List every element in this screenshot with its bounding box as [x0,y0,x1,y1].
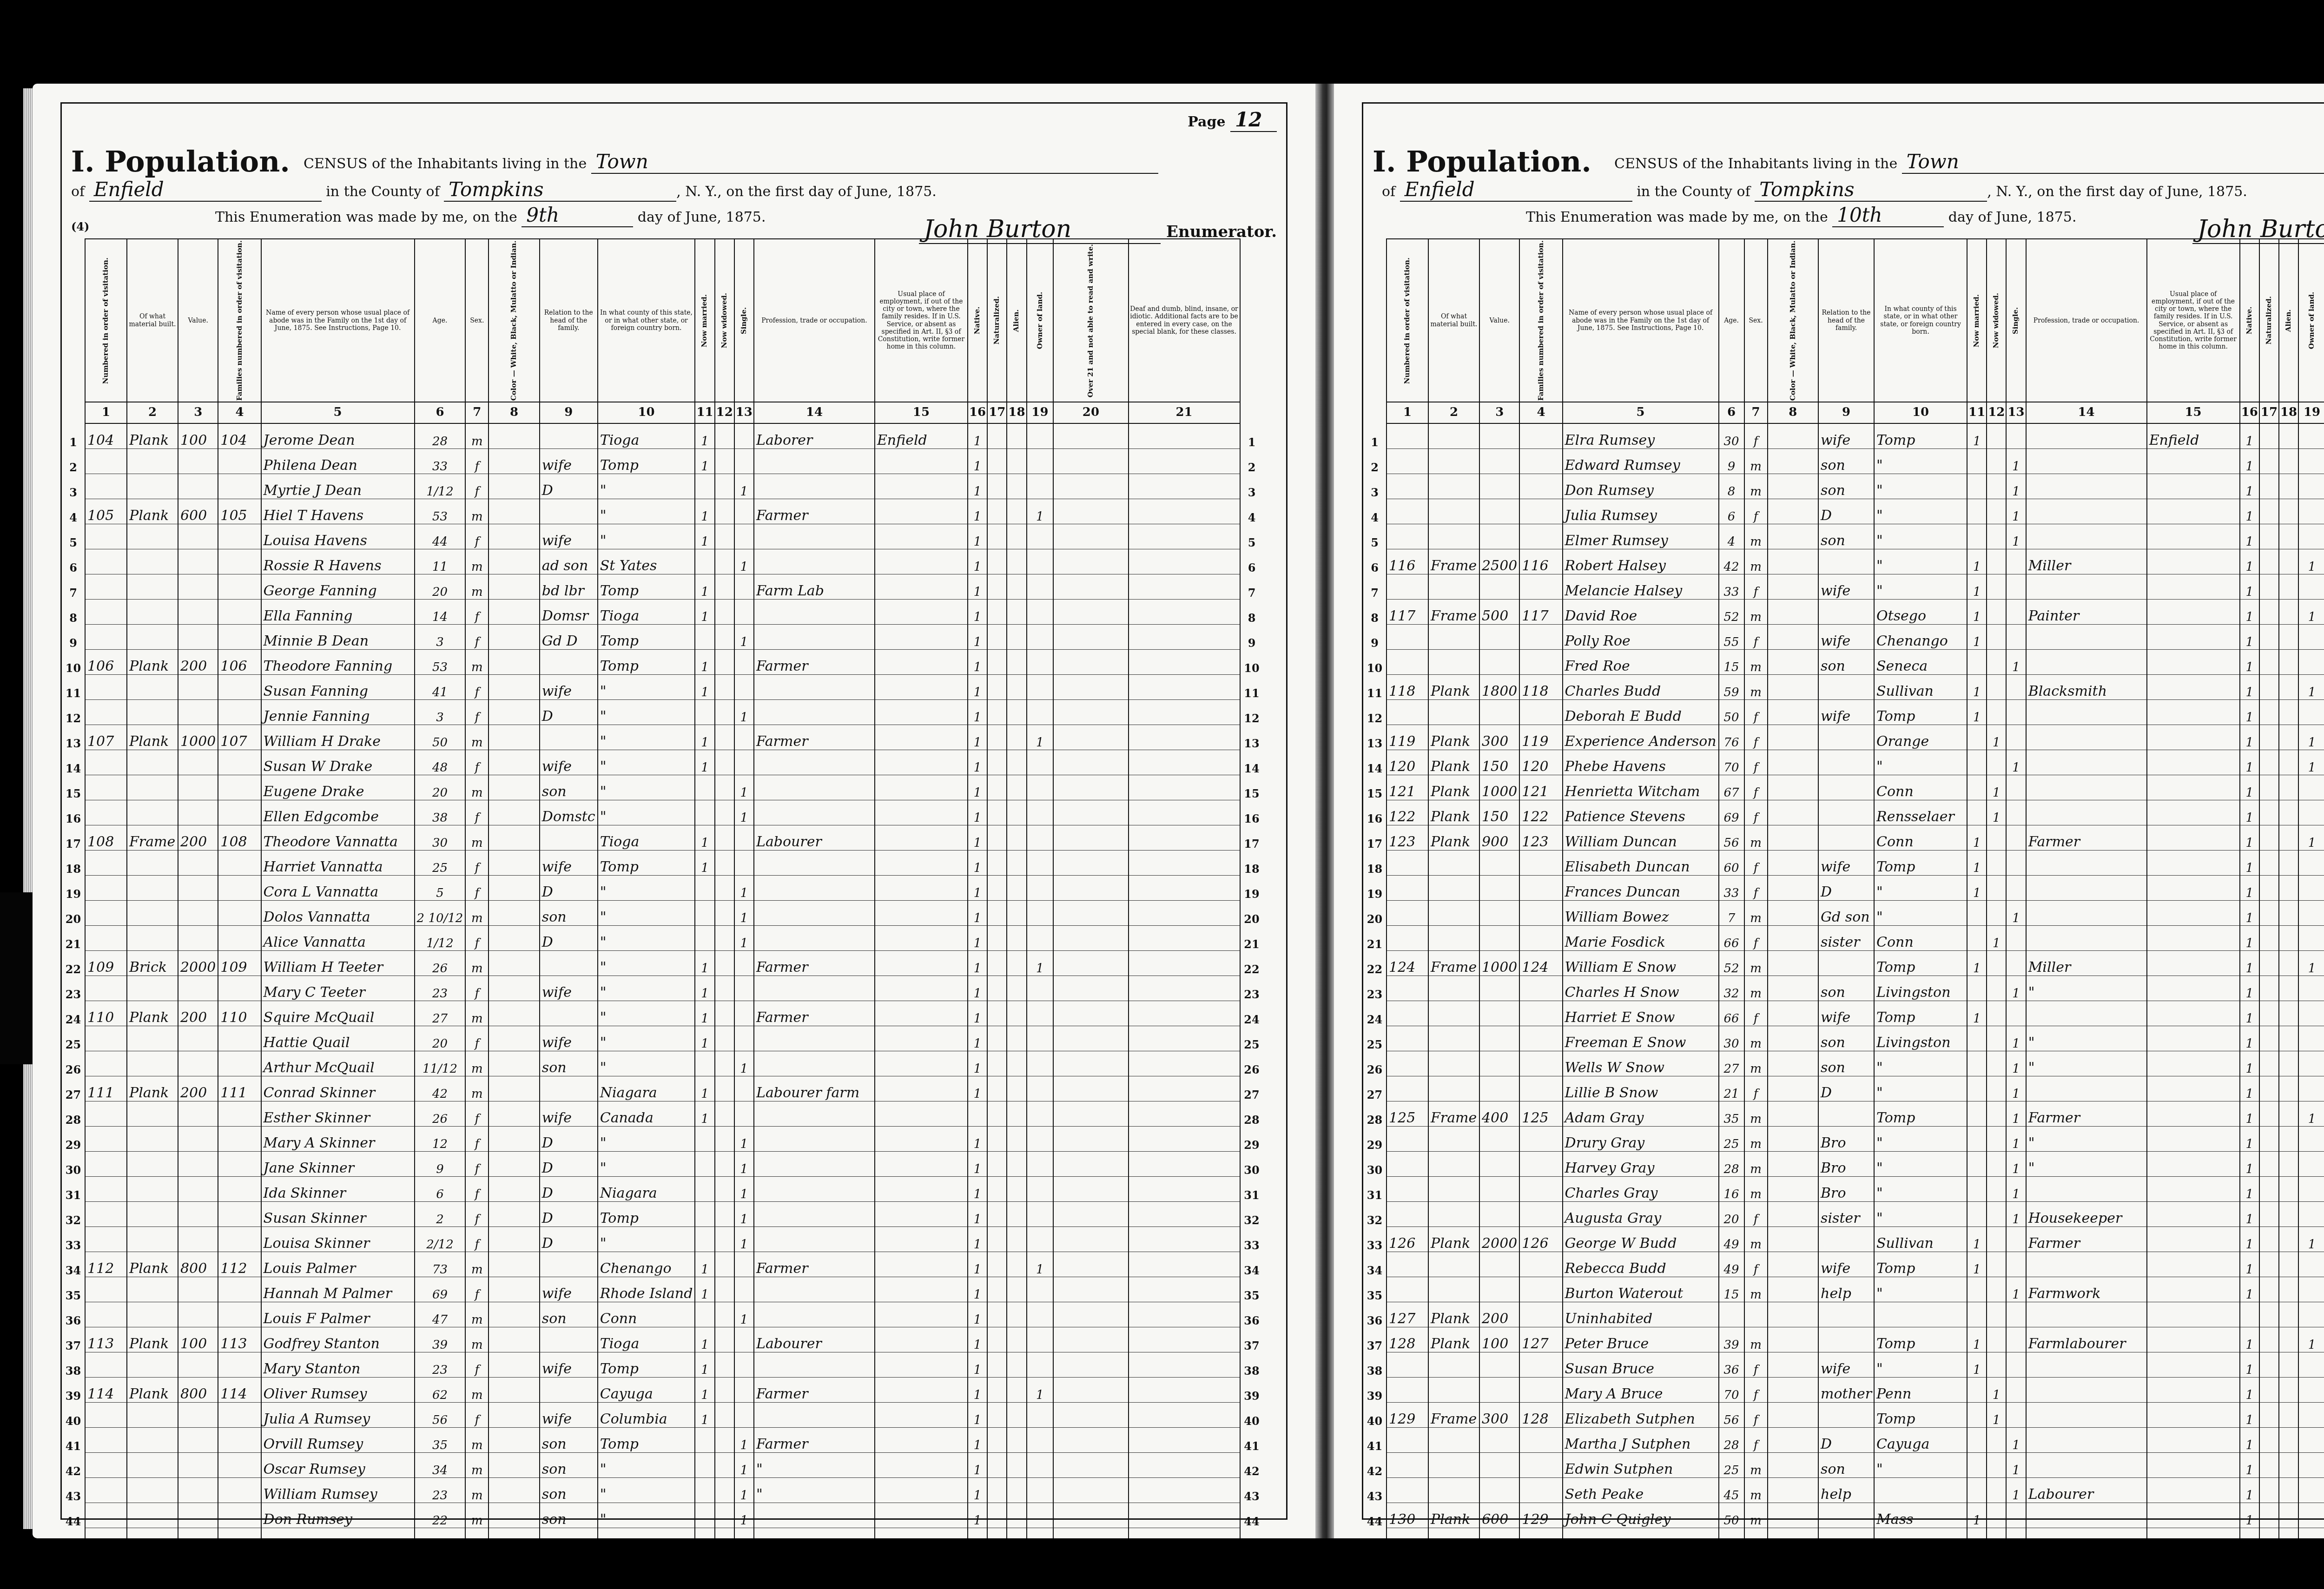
cell-widowed: 1 [1987,800,2006,825]
cell-nat [2259,876,2279,901]
cell-occ: Farmer [754,650,875,675]
cell-color [1768,650,1819,675]
cell-born: " [598,524,695,549]
column-header-7: Sex. [465,239,489,402]
column-number: 10 [598,402,695,423]
cell-dw: 116 [1386,549,1428,574]
cell-dw: 124 [1386,951,1428,976]
cell-dw [85,1227,127,1252]
cell-alien [1007,926,1026,951]
cell-name: Don Rumsey [261,1503,415,1528]
cell-owner [1027,1428,1054,1453]
cell-nat [2259,1202,2279,1227]
cell-nat [2259,1378,2279,1403]
line-number: 7 [1363,574,1386,600]
cell-sex: m [1744,951,1768,976]
cell-rel [540,1001,598,1026]
cell-born: " [598,675,695,700]
census-row: 29Drury Gray25mBro"1"129 [1363,1127,2324,1152]
cell-owner [2298,1127,2324,1152]
cell-sex: f [465,625,489,650]
town-name: Enfield [1400,178,1632,202]
cell-fam [1519,574,1562,600]
cell-nat [2259,1428,2279,1453]
cell-illit [1053,1101,1128,1127]
cell-native: 1 [2240,775,2259,800]
cell-widowed: 1 [1987,1378,2006,1403]
cell-color [489,474,540,499]
cell-val [178,976,218,1001]
cell-dw [85,474,127,499]
cell-alien [2279,976,2298,1001]
cell-color [1768,1026,1819,1051]
cell-fam: 112 [218,1252,261,1277]
line-number: 5 [1363,524,1386,549]
cell-nat [987,1503,1007,1528]
cell-born: Sullivan [1874,675,1967,700]
cell-age: 45 [1719,1478,1744,1503]
cell-dw [1386,1026,1428,1051]
cell-occ [754,449,875,474]
cell-val [1479,1453,1519,1478]
cell-dw [85,574,127,600]
cell-deaf [1129,1127,1240,1152]
cell-mat [1428,524,1479,549]
line-number: 37 [1363,1327,1386,1352]
cell-color [1768,1302,1819,1327]
cell-deaf [1129,976,1240,1001]
cell-mat [1428,449,1479,474]
cell-deaf [1129,675,1240,700]
cell-fam [1519,1302,1562,1327]
cell-alien [1007,775,1026,800]
cell-emp [875,625,968,650]
cell-born: " [1874,1453,1967,1478]
cell-native: 1 [2240,625,2259,650]
line-number: 11 [1363,675,1386,700]
cell-emp [2147,800,2240,825]
line-number: 39 [62,1378,85,1403]
cell-native: 1 [968,1227,987,1252]
cell-color [489,1378,540,1403]
cell-born: " [598,1503,695,1528]
cell-single: 1 [2006,1127,2026,1152]
cell-emp [2147,1428,2240,1453]
cell-widowed [715,750,734,775]
cell-occ [754,800,875,825]
cell-dw [1386,926,1428,951]
cell-illit [1053,675,1128,700]
cell-illit [1053,1327,1128,1352]
cell-native: 1 [968,1352,987,1378]
line-number: 2 [1240,449,1263,474]
cell-color [489,1227,540,1252]
cell-color [489,700,540,725]
census-row: 4105Plank600105Hiel T Havens53m"1Farmer1… [62,499,1263,524]
cell-name: Cora L Vannatta [261,876,415,901]
cell-nat [987,600,1007,625]
cell-val: 600 [178,499,218,524]
cell-age: 46 [1719,1528,1744,1538]
cell-native: 1 [968,1026,987,1051]
cell-owner [2298,1277,2324,1302]
cell-dw [1386,650,1428,675]
cell-val [1479,976,1519,1001]
cell-age: 12 [415,1127,466,1152]
cell-color [1768,1202,1819,1227]
cell-alien [2279,1001,2298,1026]
cell-emp [2147,600,2240,625]
cell-native: 1 [968,1453,987,1478]
cell-name: Ida Skinner [261,1177,415,1202]
cell-sex: f [1744,574,1768,600]
census-row: 18Harriet Vannatta25fwifeTomp1118 [62,851,1263,876]
cell-married [1967,1152,1987,1177]
cell-name: William Duncan [1563,825,1719,851]
cell-name: Marie Fosdick [1563,926,1719,951]
cell-deaf [1129,1001,1240,1026]
cell-age: 73 [415,1252,466,1277]
cell-single: 1 [2006,901,2026,926]
cell-illit [1053,1001,1128,1026]
cell-nat [2259,1076,2279,1101]
county-name: Tompkins [444,178,676,202]
cell-occ [2026,499,2147,524]
cell-rel [1818,1302,1874,1327]
cell-married [1967,775,1987,800]
cell-dw: 121 [1386,775,1428,800]
cell-deaf [1129,1378,1240,1403]
cell-emp [875,876,968,901]
cell-married [1967,1076,1987,1101]
cell-native: 1 [968,650,987,675]
cell-name: Dolos Vannatta [261,901,415,926]
cell-val [178,1101,218,1127]
cell-alien [1007,1227,1026,1252]
cell-emp [2147,1352,2240,1378]
cell-dw [85,625,127,650]
cell-sex: f [465,474,489,499]
cell-sex: f [465,675,489,700]
cell-name: Louis Palmer [261,1252,415,1277]
cell-single: 1 [2006,1051,2026,1076]
line-number: 28 [1240,1101,1263,1127]
cell-married [695,1127,714,1152]
cell-nat [987,650,1007,675]
cell-fam [1519,1352,1562,1378]
cell-dw [1386,423,1428,449]
cell-color [489,1177,540,1202]
cell-name: Experience Anderson [1563,725,1719,750]
cell-alien [1007,625,1026,650]
line-number: 4 [1363,499,1386,524]
line-number: 13 [1240,725,1263,750]
cell-sex: m [1744,1101,1768,1127]
cell-color [1768,1503,1819,1528]
cell-married: 1 [1967,1227,1987,1252]
cell-dw [1386,1378,1428,1403]
cell-color [1768,951,1819,976]
cell-nat [987,1227,1007,1252]
cell-name: Burton Waterout [1563,1277,1719,1302]
cell-age: 52 [1719,951,1744,976]
census-row: 1Elra Rumsey30fwifeTomp1Enfield11 [1363,423,2324,449]
cell-emp [875,1327,968,1352]
cell-single [2006,926,2026,951]
cell-age: 15 [1719,1277,1744,1302]
line-number: 17 [62,825,85,851]
cell-dw [85,1152,127,1177]
cell-val [178,1026,218,1051]
cell-dw [1386,1001,1428,1026]
cell-born: " [1874,1127,1967,1152]
cell-fam: 118 [1519,675,1562,700]
cell-illit [1053,775,1128,800]
cell-occ: Miller [2026,549,2147,574]
cell-single: 1 [2006,1478,2026,1503]
line-number: 15 [62,775,85,800]
cell-widowed [715,449,734,474]
cell-name: Harriet Vannatta [261,851,415,876]
cell-occ: Labourer [2026,1478,2147,1503]
cell-born [1874,1302,1967,1327]
cell-sex: f [465,1152,489,1177]
cell-fam [218,1453,261,1478]
line-number: 29 [1240,1127,1263,1152]
cell-native: 1 [2240,1428,2259,1453]
cell-color [489,524,540,549]
cell-nat [987,700,1007,725]
cell-sex: m [465,574,489,600]
cell-single [734,976,754,1001]
cell-emp [2147,1202,2240,1227]
cell-mat [1428,1352,1479,1378]
line-number: 43 [1240,1478,1263,1503]
column-header-6: Age. [415,239,466,402]
cell-alien [1007,1076,1026,1101]
cell-val: 1000 [1479,951,1519,976]
cell-fam: 128 [1519,1403,1562,1428]
cell-val [178,524,218,549]
cell-rel: D [540,1177,598,1202]
column-header-17: Naturalized. [987,239,1007,402]
line-number: 31 [62,1177,85,1202]
cell-native: 1 [2240,549,2259,574]
cell-color [489,1101,540,1127]
cell-single [2006,600,2026,625]
cell-color [489,1051,540,1076]
cell-val [1479,524,1519,549]
cell-sex: f [1744,750,1768,775]
cell-widowed [715,1352,734,1378]
column-number: 19 [2298,402,2324,423]
line-number: 18 [1240,851,1263,876]
cell-emp [875,1051,968,1076]
cell-rel [1818,1227,1874,1252]
cell-alien [1007,1352,1026,1378]
cell-born: " [1874,1202,1967,1227]
cell-occ [2026,1177,2147,1202]
cell-born: Sullivan [1874,1227,1967,1252]
cell-color [1768,800,1819,825]
cell-alien [2279,700,2298,725]
cell-native: 1 [2240,1352,2259,1378]
column-number: 5 [1563,402,1719,423]
cell-emp [2147,1101,2240,1127]
cell-name: Fred Roe [1563,650,1719,675]
cell-emp [2147,876,2240,901]
line-number: 18 [1363,851,1386,876]
cell-single: 1 [734,1428,754,1453]
cell-age: 70 [1719,750,1744,775]
column-header-1: Numbered in order of visitation. [1386,239,1428,402]
cell-owner [2298,976,2324,1001]
cell-color [1768,700,1819,725]
cell-sex: m [465,1327,489,1352]
cell-age: 35 [415,1428,466,1453]
cell-rel [1818,775,1874,800]
census-row: 16Ellen Edgcombe38fDomstc"1116 [62,800,1263,825]
cell-occ [2026,1428,2147,1453]
cell-deaf [1129,1528,1240,1538]
cell-illit [1053,600,1128,625]
cell-age: 30 [1719,1026,1744,1051]
cell-rel: wife [540,449,598,474]
cell-val: 400 [1479,1101,1519,1127]
cell-fam [1519,901,1562,926]
cell-rel: mother [1818,1378,1874,1403]
cell-dw: 122 [1386,800,1428,825]
cell-occ [754,851,875,876]
cell-alien [1007,474,1026,499]
cell-married: 1 [1967,625,1987,650]
cell-occ [2026,926,2147,951]
column-number: 9 [540,402,598,423]
cell-fam [1519,650,1562,675]
cell-rel: D [540,1127,598,1152]
cell-widowed [1987,474,2006,499]
cell-single: 1 [2006,1453,2026,1478]
cell-nat [987,750,1007,775]
cell-color [1768,876,1819,901]
cell-rel: Bro [1818,1177,1874,1202]
census-row: 29Mary A Skinner12fD"1129 [62,1127,1263,1152]
cell-emp [2147,725,2240,750]
cell-owner [2298,1202,2324,1227]
cell-married [695,1202,714,1227]
cell-dw [1386,851,1428,876]
cell-mat: Plank [1428,675,1479,700]
line-number: 11 [62,675,85,700]
cell-val [1479,700,1519,725]
cell-fam: 125 [1519,1101,1562,1127]
cell-single [734,750,754,775]
cell-val: 500 [1479,600,1519,625]
cell-color [489,851,540,876]
cell-age: 30 [415,825,466,851]
cell-name: Eugene Drake [261,775,415,800]
cell-occ: Farmer [754,499,875,524]
line-number: 33 [62,1227,85,1252]
line-number: 45 [62,1528,85,1538]
column-number: 21 [1129,402,1240,423]
cell-dw [1386,1428,1428,1453]
cell-mat: Plank [1428,1227,1479,1252]
cell-color [489,549,540,574]
cell-dw: 117 [1386,600,1428,625]
census-row: 36127Plank200Uninhabited36 [1363,1302,2324,1327]
cell-single: 1 [2006,1076,2026,1101]
column-header-21: Deaf and dumb, blind, insane, or idiotic… [1129,239,1240,402]
cell-sex: m [465,1001,489,1026]
cell-fam [218,625,261,650]
cell-fam [1519,474,1562,499]
cell-rel: son [1818,1051,1874,1076]
cell-age: 60 [1719,851,1744,876]
line-number: 42 [62,1453,85,1478]
cell-name: Wells W Snow [1563,1051,1719,1076]
cell-color [1768,1076,1819,1101]
cell-widowed [715,499,734,524]
cell-alien [2279,574,2298,600]
census-row: 32Augusta Gray20fsister"1Housekeeper132 [1363,1202,2324,1227]
cell-dw [1386,1277,1428,1302]
cell-illit [1053,1026,1128,1051]
cell-color [489,1001,540,1026]
cell-rel: wife [1818,423,1874,449]
cell-born: " [1874,750,1967,775]
cell-val: 100 [1479,1327,1519,1352]
cell-age: 3 [415,625,466,650]
cell-native: 1 [968,1327,987,1352]
cell-illit [1053,1051,1128,1076]
cell-sex: f [1744,851,1768,876]
cell-sex: f [1744,1528,1768,1538]
cell-rel: Domstc [540,800,598,825]
census-row: 40Julia A Rumsey56fwifeColumbia1140 [62,1403,1263,1428]
cell-age: 27 [1719,1051,1744,1076]
cell-native: 1 [968,574,987,600]
cell-nat [987,825,1007,851]
cell-widowed [715,524,734,549]
column-number: 15 [875,402,968,423]
cell-mat [127,524,178,549]
cell-age: 6 [1719,499,1744,524]
cell-born: " [1874,549,1967,574]
cell-born: " [1874,524,1967,549]
census-row: 11Susan Fanning41fwife"1111 [62,675,1263,700]
cell-dw [1386,1252,1428,1277]
line-number: 25 [62,1026,85,1051]
cell-mat [127,851,178,876]
cell-owner [2298,775,2324,800]
cell-val [178,1403,218,1428]
cell-single: 1 [734,901,754,926]
cell-born: " [598,1478,695,1503]
cell-native: 1 [2240,1503,2259,1528]
line-number: 41 [62,1428,85,1453]
cell-single [2006,625,2026,650]
line-number: 23 [1240,976,1263,1001]
cell-mat [1428,1528,1479,1538]
cell-married [695,1152,714,1177]
cell-rel: wife [540,976,598,1001]
cell-born: Tomp [598,449,695,474]
cell-emp [2147,1403,2240,1428]
cell-rel: wife [540,524,598,549]
cell-color [1768,1277,1819,1302]
line-number: 43 [1363,1478,1386,1503]
